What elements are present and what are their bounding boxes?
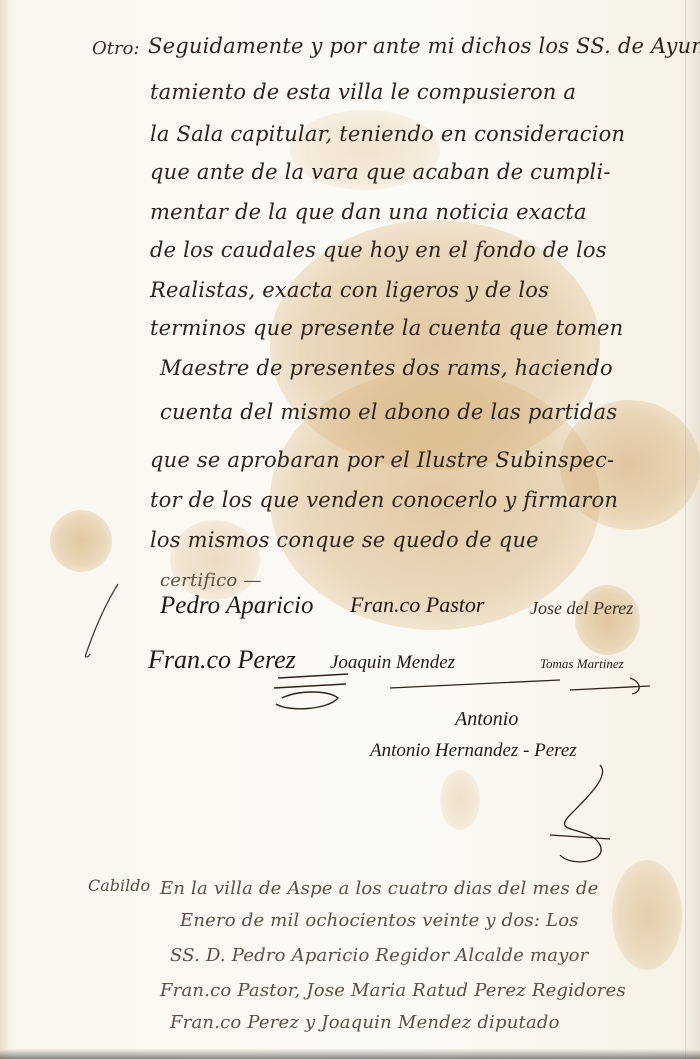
page-bottom-edge	[0, 1049, 700, 1059]
text-line: terminos que presente la cuenta que tome…	[150, 316, 623, 340]
text-line: Fran.co Perez y Joaquin Mendez diputado	[170, 1012, 560, 1033]
water-stain-faint	[440, 770, 480, 830]
text-line: En la villa de Aspe a los cuatro dias de…	[160, 878, 598, 899]
text-line: Fran.co Pastor, Jose Maria Ratud Perez R…	[160, 980, 626, 1001]
signature-notary: Antonio Hernandez - Perez	[370, 740, 577, 762]
text-line: la Sala capitular, teniendo en considera…	[150, 122, 625, 146]
rubric-flourish	[380, 668, 660, 708]
margin-bracket-flourish	[78, 580, 128, 660]
text-line: Realistas, exacta con ligeros y de los	[150, 278, 549, 302]
margin-note-cabildo: Cabildo	[88, 876, 150, 895]
page-left-edge	[0, 0, 8, 1059]
text-line: Maestre de presentes dos rams, haciendo	[160, 356, 613, 380]
signature-antonio-label: Antonio	[455, 708, 518, 731]
signature-jose-perez: Jose del Perez	[530, 598, 633, 619]
text-line: que se aprobaran por el Ilustre Subinspe…	[150, 448, 614, 472]
text-line: tor de los que venden conocerlo y firmar…	[150, 488, 618, 512]
text-line: los mismos conque se quedo de que	[150, 528, 539, 552]
signature-francisco-perez: Fran.co Perez	[148, 645, 296, 675]
text-line: SS. D. Pedro Aparicio Regidor Alcalde ma…	[170, 945, 588, 966]
water-stain-left-spot	[50, 510, 112, 572]
signature-francisco-pastor: Fran.co Pastor	[350, 592, 484, 618]
text-line: Enero de mil ochocientos veinte y dos: L…	[180, 910, 579, 931]
text-line: cuenta del mismo el abono de las partida…	[160, 400, 617, 424]
water-stain-bottom-right	[612, 860, 682, 970]
signature-tomas-martinez: Tomas Martinez	[540, 656, 624, 672]
rubric-flourish	[268, 668, 358, 718]
text-line: certifico —	[160, 570, 262, 591]
text-line: tamiento de esta villa le compusieron a	[150, 80, 576, 104]
signature-pedro-aparicio: Pedro Aparicio	[160, 592, 313, 620]
signature-joaquin-mendez: Joaquin Mendez	[330, 652, 455, 674]
text-line: que ante de la vara que acaban de cumpli…	[150, 160, 611, 184]
water-stain-small-right	[575, 585, 640, 655]
text-line: Seguidamente y por ante mi dichos los SS…	[148, 34, 700, 58]
text-line: mentar de la que dan una noticia exacta	[150, 200, 587, 224]
text-line: de los caudales que hoy en el fondo de l…	[150, 238, 607, 262]
manuscript-page: Otro: Seguidamente y por ante mi dichos …	[0, 0, 700, 1059]
page-right-edge	[685, 0, 700, 1059]
margin-note-otro: Otro:	[92, 38, 140, 59]
notary-rubric-flourish	[530, 755, 630, 875]
